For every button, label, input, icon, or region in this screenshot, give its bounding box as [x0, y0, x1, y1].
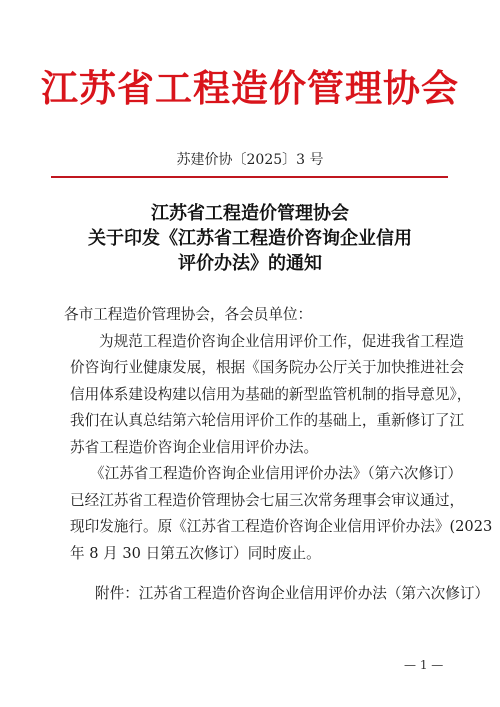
paragraph-1-line: 苏省工程造价咨询企业信用评价办法。 [70, 435, 440, 462]
notice-title: 江苏省工程造价管理协会 关于印发《江苏省工程造价咨询企业信用 评价办法》的通知 [0, 201, 500, 276]
paragraph-2-line: 《江苏省工程造价咨询企业信用评价办法》（第六次修订） [70, 461, 440, 488]
paragraph-1-line: 价咨询行业健康发展，根据《国务院办公厅关于加快推进社会 [70, 355, 440, 382]
title-line-3: 评价办法》的通知 [0, 251, 500, 276]
paragraph-2-line: 已经江苏省工程造价管理协会七届三次常务理事会审议通过， [70, 488, 440, 515]
paragraph-1-line: 信用体系建设构建以信用为基础的新型监管机制的指导意见》， [70, 382, 440, 409]
paragraph-2-line: 年 8 月 30 日第五次修订）同时废止。 [70, 541, 440, 568]
title-line-2: 关于印发《江苏省工程造价咨询企业信用 [0, 226, 500, 251]
red-separator-line [51, 176, 448, 178]
document-number: 苏建价协〔2025〕3 号 [0, 150, 500, 170]
paragraph-1-line: 为规范工程造价咨询企业信用评价工作，促进我省工程造 [70, 329, 440, 356]
title-line-1: 江苏省工程造价管理协会 [0, 201, 500, 226]
notice-body: 各市工程造价管理协会，各会员单位： 为规范工程造价咨询企业信用评价工作，促进我省… [70, 302, 440, 567]
page-number: — 1 — [404, 658, 443, 672]
paragraph-2-line: 现印发施行。原《江苏省工程造价咨询企业信用评价办法》(2023 [70, 514, 440, 541]
salutation: 各市工程造价管理协会，各会员单位： [64, 302, 440, 329]
letterhead-organization-name: 江苏省工程造价管理协会 [0, 66, 500, 110]
attachment-line: 附件：江苏省工程造价咨询企业信用评价办法（第六次修订） [95, 584, 489, 604]
paragraph-1-line: 我们在认真总结第六轮信用评价工作的基础上，重新修订了江 [70, 408, 440, 435]
